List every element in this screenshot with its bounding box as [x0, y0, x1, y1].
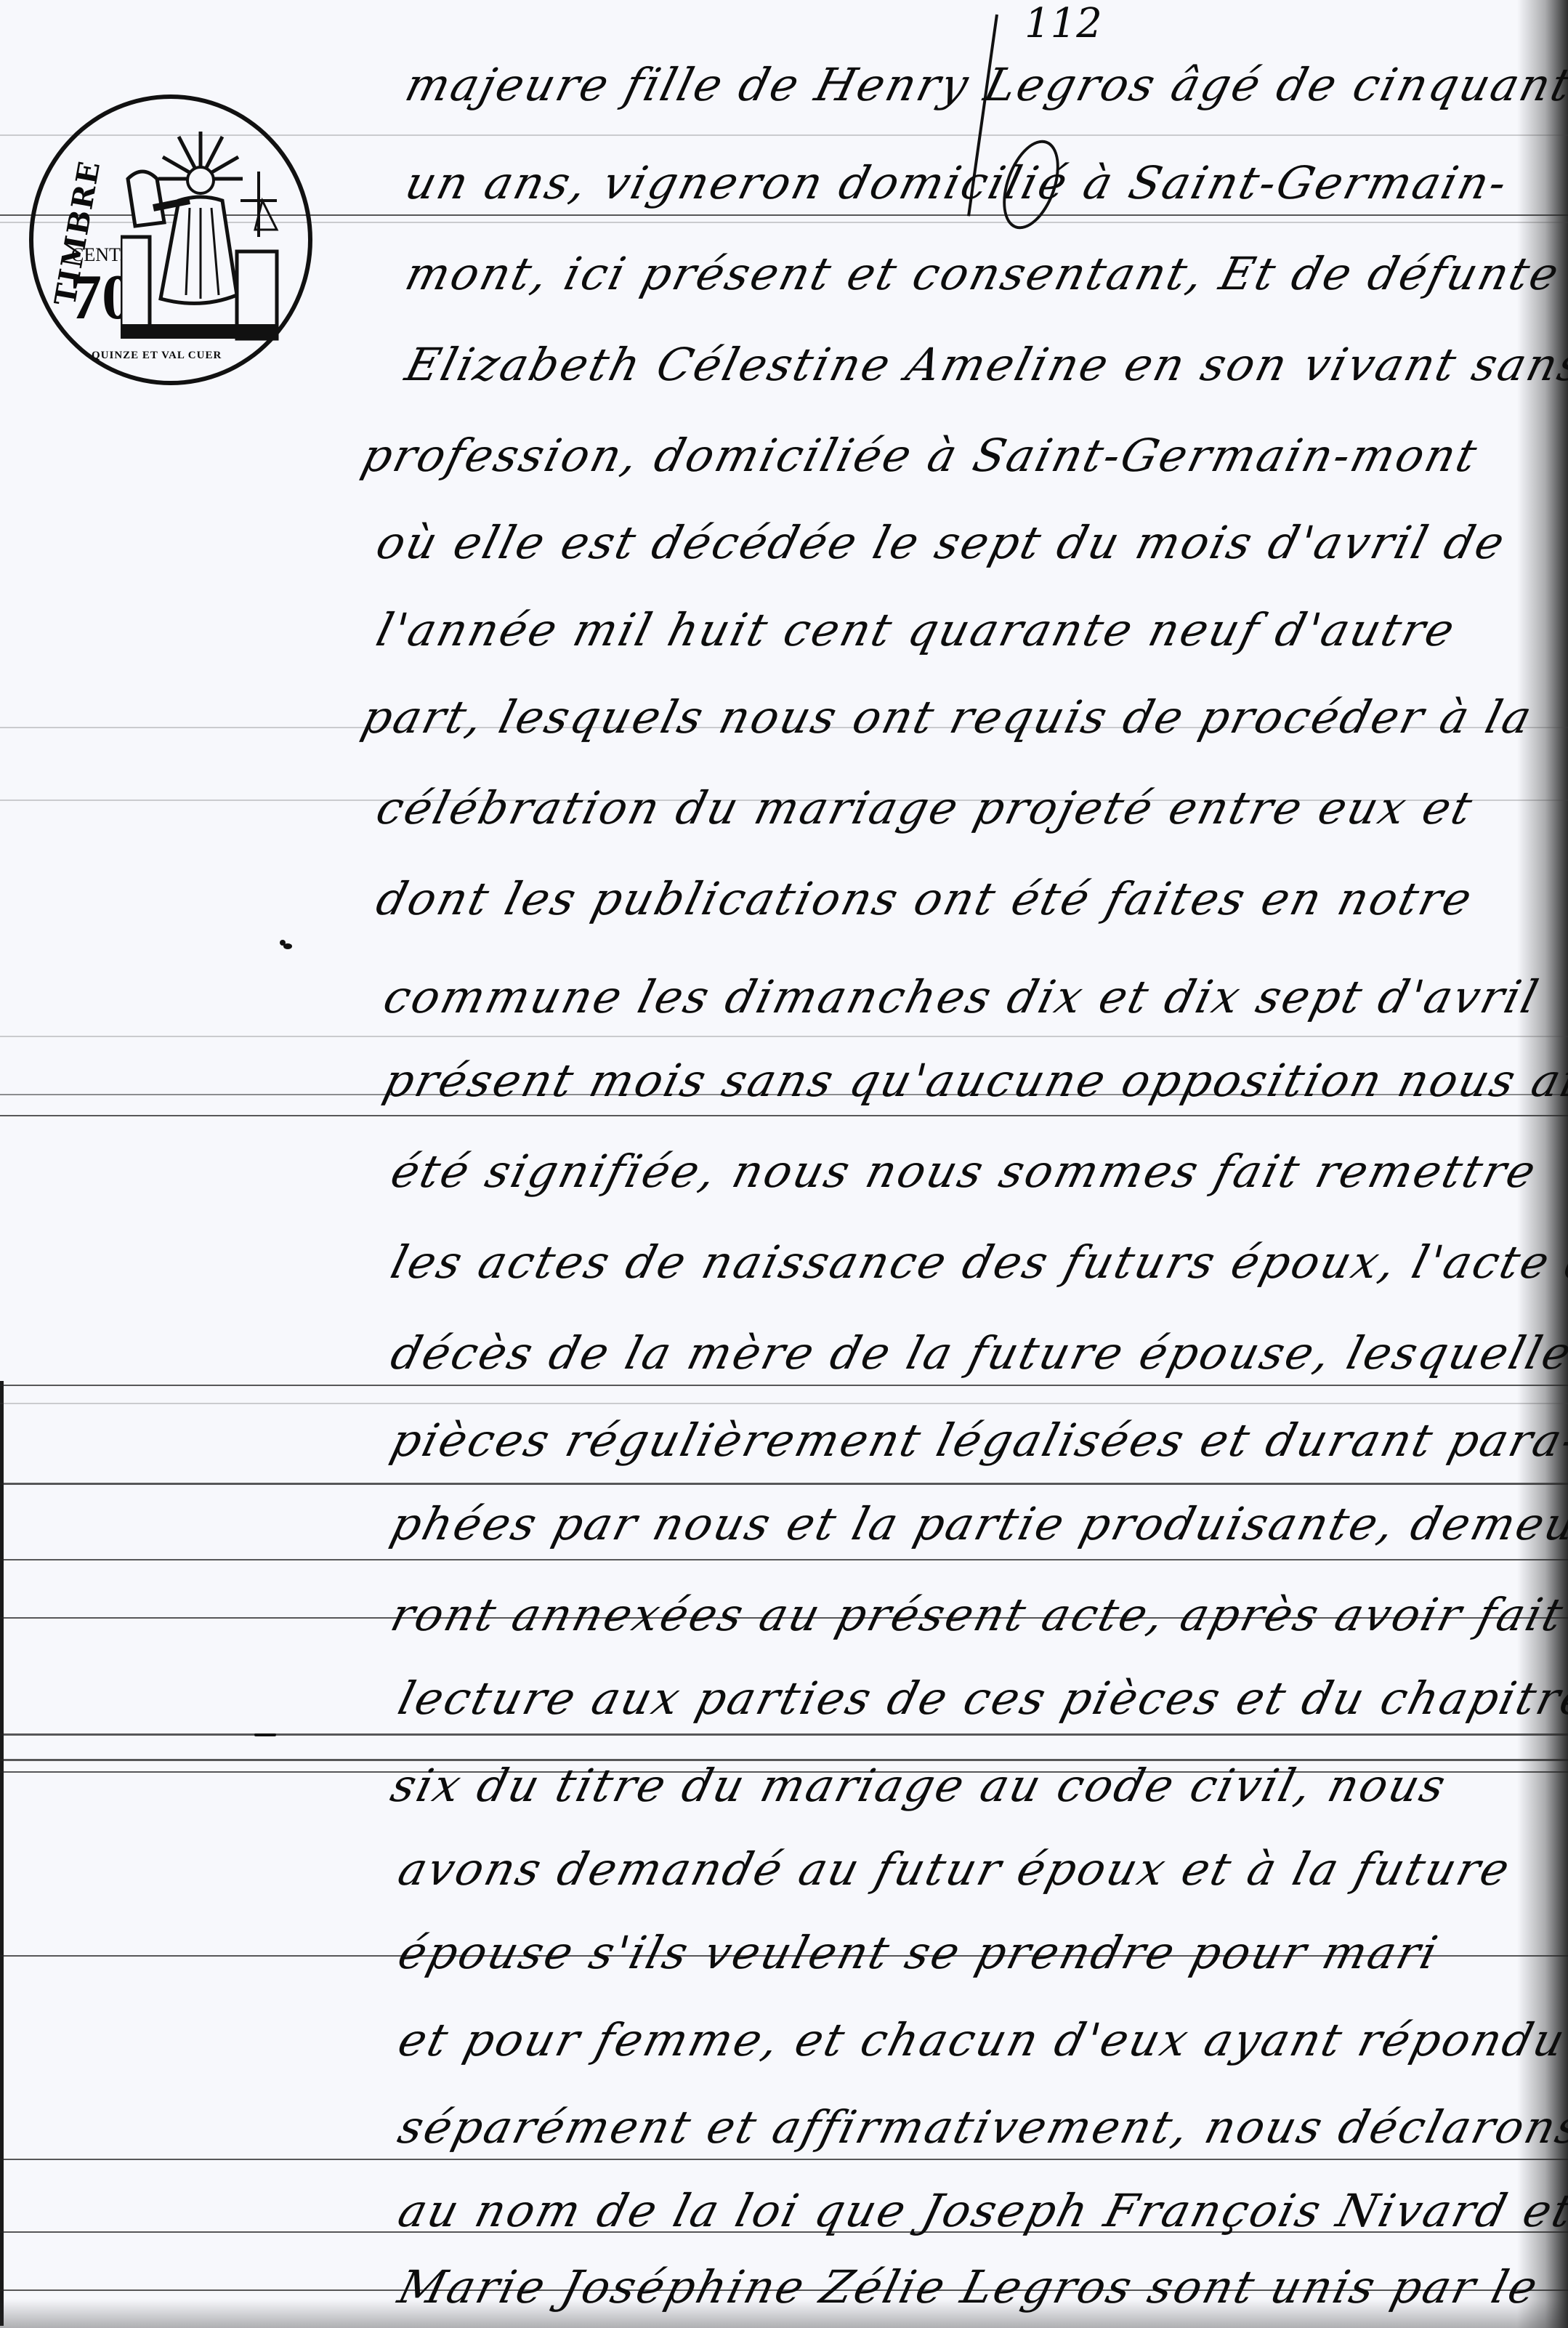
handwritten-line: célébration du mariage projeté entre eux… — [371, 781, 1479, 834]
timbre-stamp: TIMBRE CENT. 70. — [29, 94, 312, 385]
handwritten-line: majeure fille de Henry Legros âgé de cin… — [400, 58, 1568, 111]
handwritten-line: ront annexées au présent acte, après avo… — [386, 1588, 1568, 1641]
ruled-line — [0, 1115, 1568, 1116]
handwritten-line: phées par nous et la partie produisante,… — [386, 1497, 1568, 1550]
handwritten-line: l'année mil huit cent quarante neuf d'au… — [371, 603, 1462, 656]
handwritten-line: Elizabeth Célestine Ameline en son vivan… — [400, 338, 1568, 391]
handwritten-line: six du titre du mariage au code civil, n… — [386, 1759, 1453, 1812]
handwritten-line: dont les publications ont été faites en … — [371, 872, 1479, 925]
ink-mark — [254, 1733, 276, 1736]
handwritten-line: épouse s'ils veulent se prendre pour mar… — [393, 1926, 1444, 1979]
handwritten-line: été signifiée, nous nous sommes fait rem… — [386, 1145, 1543, 1198]
handwritten-line: un ans, vigneron domicilié à Saint-Germa… — [400, 156, 1514, 209]
handwritten-line: les actes de naissance des futurs époux,… — [386, 1236, 1568, 1289]
handwritten-line: lecture aux parties de ces pièces et du … — [393, 1672, 1568, 1725]
seated-liberty-justice-seal-icon — [121, 128, 280, 353]
handwritten-line: profession, domiciliée à Saint-Germain-m… — [357, 429, 1484, 482]
handwritten-line: et pour femme, et chacun d'eux ayant rép… — [393, 2013, 1568, 2066]
ruled-line — [0, 2159, 1568, 2160]
scan-shadow-left — [0, 1381, 4, 2326]
ruled-line — [0, 1385, 1568, 1386]
handwritten-line: séparément et affirmativement, nous décl… — [393, 2101, 1568, 2154]
ruled-line — [0, 1403, 1568, 1404]
ruled-line — [0, 1733, 1568, 1736]
ruled-line — [0, 1483, 1568, 1485]
handwritten-line: présent mois sans qu'aucune opposition n… — [379, 1054, 1568, 1107]
scanned-document-page: TIMBRE CENT. 70. — [0, 0, 1568, 2328]
handwritten-line: avons demandé au futur époux et à la fut… — [393, 1842, 1517, 1896]
handwritten-line: mont, ici présent et consentant, Et de d… — [400, 247, 1566, 300]
handwritten-line: au nom de la loi que Joseph François Niv… — [393, 2184, 1568, 2237]
handwritten-line: commune les dimanches dix et dix sept d'… — [379, 970, 1545, 1023]
folio-number: 112 — [1025, 0, 1102, 47]
ruled-line — [0, 1559, 1568, 1560]
stamp-motto: QUINZE ET VAL CUER — [92, 350, 222, 362]
ruled-line — [0, 1036, 1568, 1037]
handwritten-line: où elle est décédée le sept du mois d'av… — [371, 516, 1512, 569]
ink-dot — [283, 943, 292, 949]
handwritten-line: part, lesquels nous ont requis de procéd… — [357, 690, 1539, 744]
handwritten-line: décès de la mère de la future épouse, le… — [386, 1326, 1568, 1380]
handwritten-line: Marie Joséphine Zélie Legros sont unis p… — [393, 2260, 1545, 2313]
handwritten-line: pièces régulièrement légalisées et duran… — [386, 1414, 1568, 1467]
